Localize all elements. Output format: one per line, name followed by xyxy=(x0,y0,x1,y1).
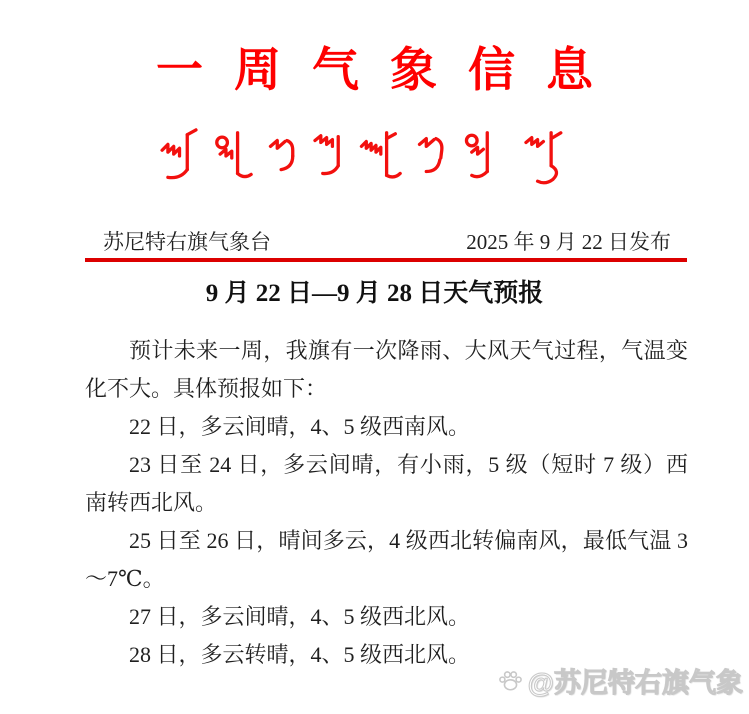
issuer-name: 苏尼特右旗气象台 xyxy=(103,227,271,257)
forecast-day-27: 27 日，多云间晴，4、5 级西北风。 xyxy=(85,598,688,636)
forecast-summary: 预计未来一周，我旗有一次降雨、大风天气过程，气温变化不大。具体预报如下： xyxy=(85,332,688,408)
main-title: 一周气象信息 xyxy=(0,48,749,95)
forecast-day-23-24: 23 日至 24 日，多云间晴，有小雨，5 级（短时 7 级）西南转西北风。 xyxy=(85,446,688,522)
forecast-day-25-26: 25 日至 26 日，晴间多云，4 级西北转偏南风，最低气温 3～7℃。 xyxy=(85,522,688,598)
document-header: 苏尼特右旗气象台 2025 年 9 月 22 日发布 xyxy=(103,227,671,257)
watermark: @苏尼特右旗气象 xyxy=(497,661,743,700)
mongolian-script-glyphs xyxy=(145,127,605,187)
forecast-heading: 9 月 22 日—9 月 28 日天气预报 xyxy=(0,277,749,311)
forecast-body: 预计未来一周，我旗有一次降雨、大风天气过程，气温变化不大。具体预报如下： 22 … xyxy=(85,332,688,674)
watermark-text: @苏尼特右旗气象 xyxy=(528,661,743,700)
header-divider xyxy=(85,258,687,262)
publish-date: 2025 年 9 月 22 日发布 xyxy=(466,227,671,257)
paw-icon xyxy=(497,667,524,694)
document-page: 一周气象信息 xyxy=(0,0,749,714)
forecast-day-22: 22 日，多云间晴，4、5 级西南风。 xyxy=(85,408,688,446)
mongolian-script-title xyxy=(145,127,605,187)
